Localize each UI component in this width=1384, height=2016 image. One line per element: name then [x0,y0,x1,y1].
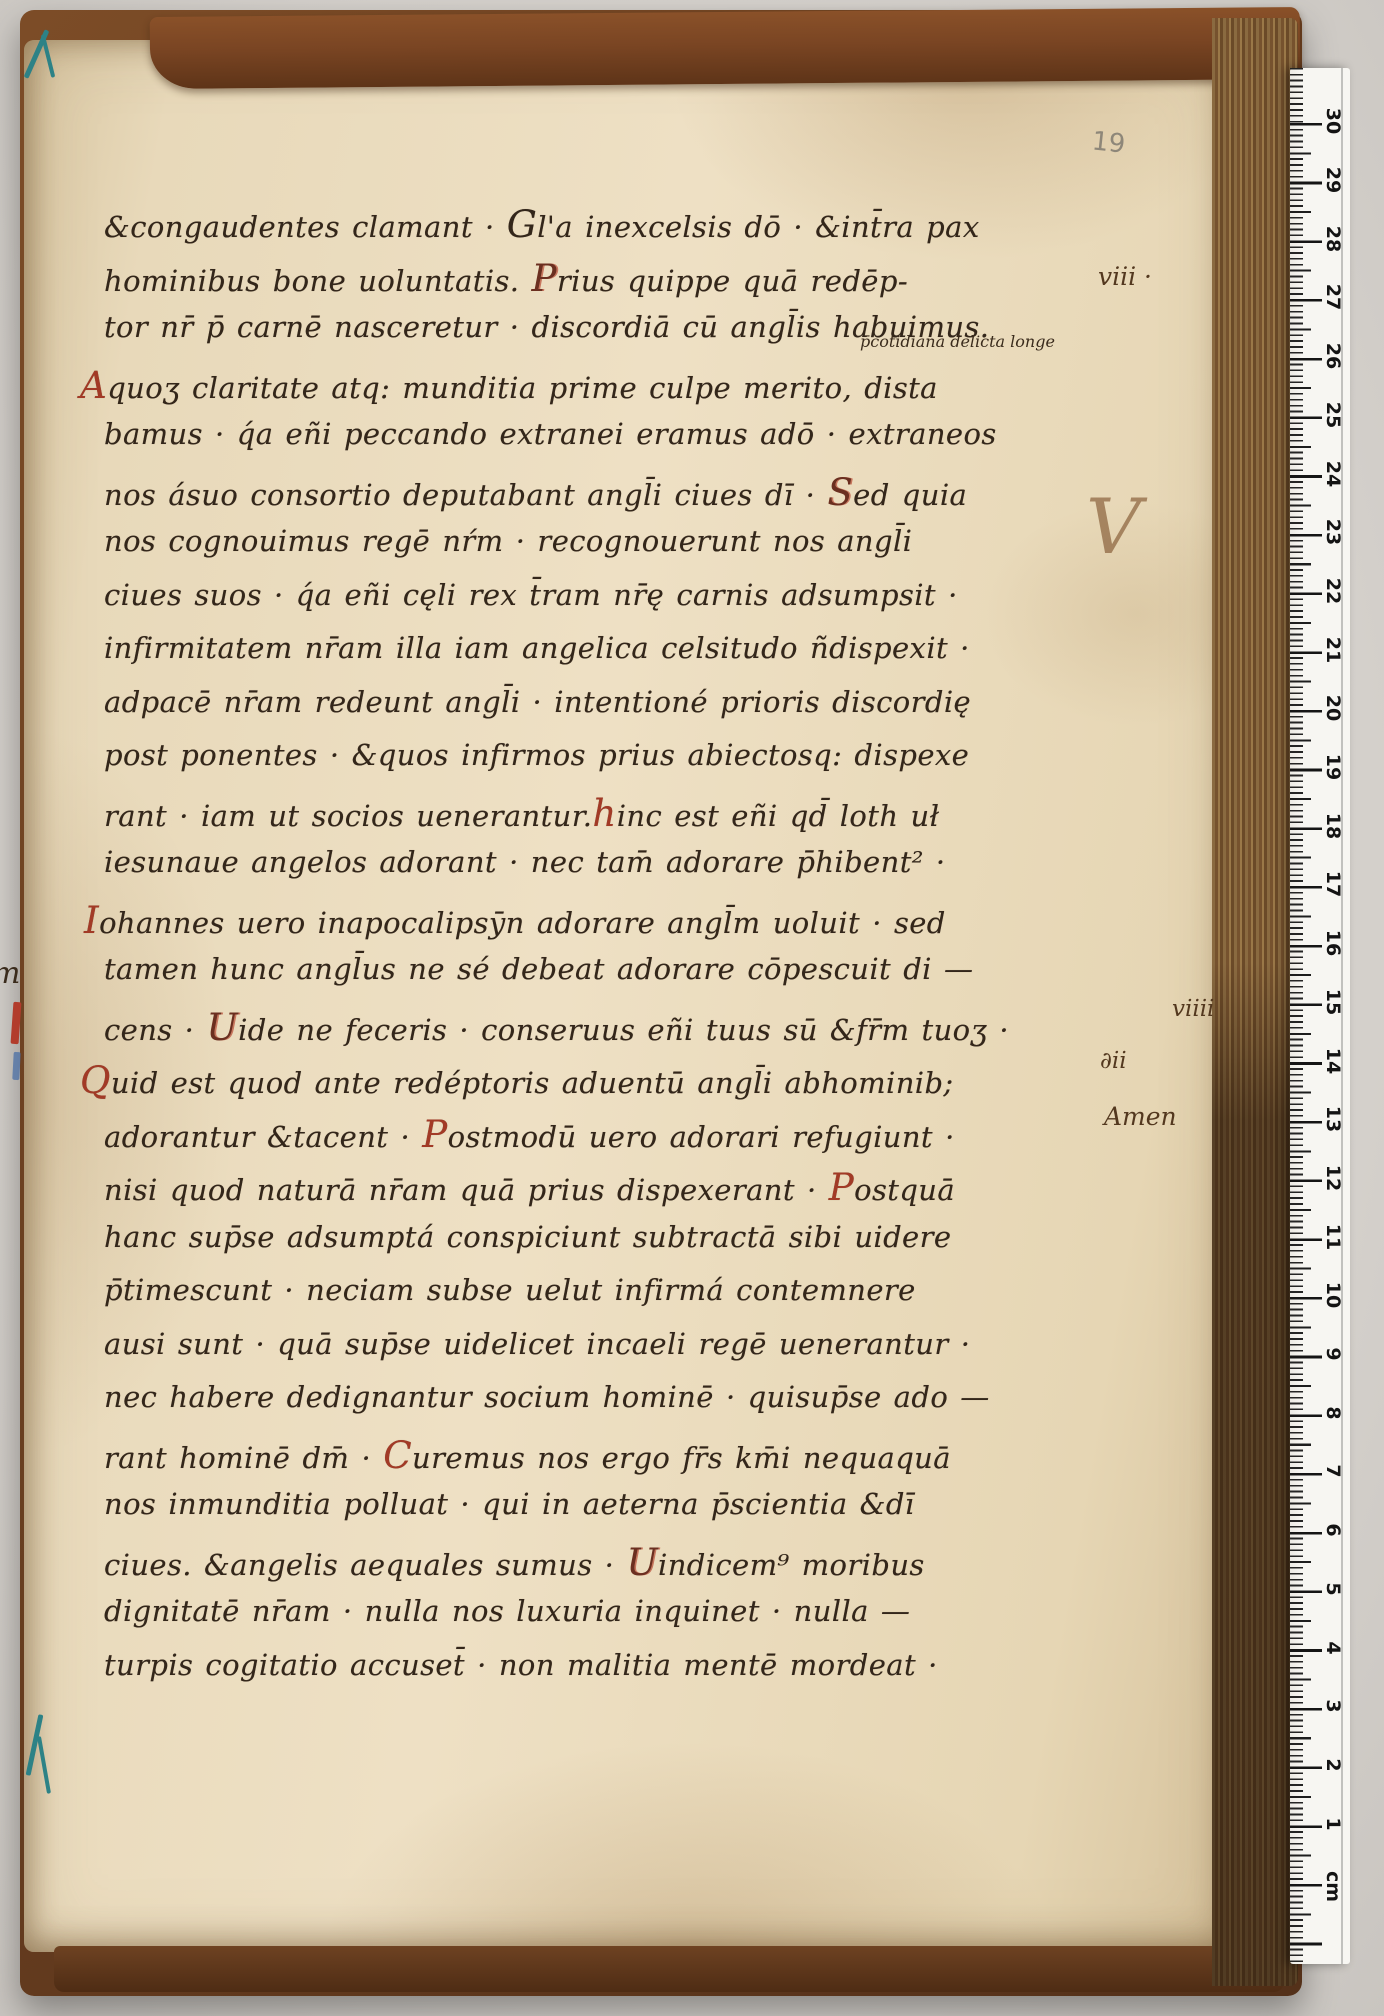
initial-letter: h [592,792,616,835]
line-text: inc est eñi qd̄ loth uł [617,799,940,833]
ruler-ticks [1290,123,1322,1964]
manuscript-line: hanc sup̄se adsumptá conspiciunt subtrac… [104,1223,951,1252]
margin-note-viiii: viiii [1172,996,1214,1022]
line-text: indicem⁹ moribus [658,1548,925,1582]
ruler: 3029282726252423222120191817161514131211… [1290,68,1350,1964]
line-text: ostmodū uero adorari refugiunt · [448,1120,955,1154]
line-text: uremus nos ergo fr̄s km̄i nequaquā [412,1441,951,1475]
line-text: hanc sup̄se adsumptá conspiciunt subtrac… [104,1220,951,1254]
page-block-fore-edge [1212,18,1298,1986]
manuscript-line: post ponentes · &quos infirmos prius abi… [104,741,969,770]
initial-letter: A [80,364,107,407]
initial-letter: I [84,899,99,942]
line-text: dignitatē nr̄am · nulla nos luxuria inqu… [104,1594,910,1628]
manuscript-line: turpis cogitatio accuset̄ · non malitia … [104,1651,938,1680]
manuscript-line: adpacē nr̄am redeunt angl̄i · intentioné… [104,688,971,717]
manuscript-line: dignitatē nr̄am · nulla nos luxuria inqu… [104,1597,910,1626]
line-text: rant · iam ut socios uenerantur. [104,799,592,833]
line-text: ed quia [853,478,967,512]
photographed-manuscript-scene: &congaudentes clamant · Gl'a inexcelsis … [0,0,1384,2016]
manuscript-line: ciues. &angelis aequales sumus · Uindice… [104,1544,925,1581]
line-text: post ponentes · &quos infirmos prius abi… [104,738,969,772]
margin-note-amen: Amen [1104,1102,1177,1131]
initial-letter: Q [80,1059,111,1102]
manuscript-line: cens · Uide ne feceris · conseruus eñi t… [104,1009,1009,1046]
line-text: ciues suos · q́a eñi cęli rex t̄ram nr̄ę… [104,578,958,612]
line-text: iesunaue angelos adorant · nec tam̄ ador… [104,845,946,879]
line-text: uid est quod ante redéptoris aduentū ang… [111,1066,954,1100]
line-text: ohannes uero inapocalipsȳn adorare angl̄… [99,906,946,940]
line-text: bamus · q́a eñi peccando extranei eramus… [104,417,997,451]
manuscript-line: rant · iam ut socios uenerantur.hinc est… [104,795,939,832]
line-text: &congaudentes clamant · [104,210,507,244]
manuscript-line: bamus · q́a eñi peccando extranei eramus… [104,420,997,449]
line-text: tamen hunc angl̄us ne sé debeat adorare … [104,952,973,986]
line-text: nos cognouimus regē nŕm · recognouerunt … [104,524,912,558]
book-cover-bottom-edge [54,1946,1284,1992]
manuscript-line: tamen hunc angl̄us ne sé debeat adorare … [104,955,973,984]
line-text: infirmitatem nr̄am illa iam angelica cel… [104,631,970,665]
line-text: rant hominē dm̄ · [104,1441,383,1475]
margin-note-viii: viii · [1098,262,1152,291]
line-text: l'a inexcelsis dō · &int̄ra pax [537,210,979,244]
manuscript-line: nos inmunditia polluat · qui in aeterna … [104,1490,914,1519]
manuscript-line: Aquoʒ claritate atq: munditia prime culp… [80,367,938,404]
manuscript-line: hominibus bone uoluntatis. Prius quippe … [104,260,908,297]
book-cover-top-edge [150,7,1301,89]
line-text: ide ne feceris · conseruus eñi tuus sū &… [238,1013,1009,1047]
margin-note-dii: ∂ii [1100,1048,1127,1074]
initial-letter: P [532,257,557,300]
initial-letter: P [422,1113,447,1156]
manuscript-line: Quid est quod ante redéptoris aduentū an… [80,1062,954,1099]
initial-letter: U [626,1541,658,1584]
manuscript-line: tor nr̄ p̄ carnē nasceretur · discordiā … [104,313,989,342]
line-text: cens · [104,1013,206,1047]
manuscript-line: &congaudentes clamant · Gl'a inexcelsis … [104,206,980,244]
line-text: nos inmunditia polluat · qui in aeterna … [104,1487,914,1521]
line-text: p̄timescunt · neciam subse uelut infirmá… [104,1273,916,1307]
line-text: ciues. &angelis aequales sumus · [104,1548,626,1582]
manuscript-line: rant hominē dm̄ · Curemus nos ergo fr̄s … [104,1437,951,1474]
ruler-edge-line [1341,68,1343,1964]
manuscript-line: nos ásuo consortio deputabant angl̄i ciu… [104,474,967,511]
line-text: rius quippe quā redēp- [557,264,908,298]
manuscript-line: ausi sunt · quā sup̄se uidelicet incaeli… [104,1330,970,1359]
line-text: ausi sunt · quā sup̄se uidelicet incaeli… [104,1327,970,1361]
line-text: nos ásuo consortio deputabant angl̄i ciu… [104,478,827,512]
line-text: adpacē nr̄am redeunt angl̄i · intentioné… [104,685,971,719]
initial-letter: C [383,1434,412,1477]
initial-letter: P [829,1166,854,1209]
page-marker-blue [12,1052,20,1080]
folio-number: 19 [1091,126,1127,159]
interlinear-gloss: p̄cotidiana delicta longe [860,332,1055,351]
manuscript-line: adorantur &tacent · Postmodū uero adorar… [104,1116,955,1153]
line-text: nisi quod naturā nr̄am quā prius dispexe… [104,1173,829,1207]
manuscript-line: iesunaue angelos adorant · nec tam̄ ador… [104,848,946,877]
line-text: adorantur &tacent · [104,1120,422,1154]
manuscript-line: ciues suos · q́a eñi cęli rex t̄ram nr̄ę… [104,581,958,610]
line-text: ostquā [854,1173,955,1207]
manuscript-line: infirmitatem nr̄am illa iam angelica cel… [104,634,970,663]
line-text: turpis cogitatio accuset̄ · non malitia … [104,1648,938,1682]
margin-letter-m: m [0,956,20,991]
manuscript-line: p̄timescunt · neciam subse uelut infirmá… [104,1276,916,1305]
manuscript-line: nisi quod naturā nr̄am quā prius dispexe… [104,1169,955,1206]
initial-letter: G [507,202,538,246]
initial-letter: U [206,1006,238,1049]
manuscript-line: nec habere dedignantur socium hominē · q… [104,1383,990,1412]
margin-initial-v: V [1086,482,1141,571]
manuscript-line: nos cognouimus regē nŕm · recognouerunt … [104,527,912,556]
line-text: tor nr̄ p̄ carnē nasceretur · discordiā … [104,310,989,344]
line-text: quoʒ claritate atq: munditia prime culpe… [107,371,938,405]
initial-letter: S [827,471,853,514]
line-text: hominibus bone uoluntatis. [104,264,532,298]
line-text: nec habere dedignantur socium hominē · q… [104,1380,990,1414]
manuscript-line: Iohannes uero inapocalipsȳn adorare angl… [84,902,946,939]
